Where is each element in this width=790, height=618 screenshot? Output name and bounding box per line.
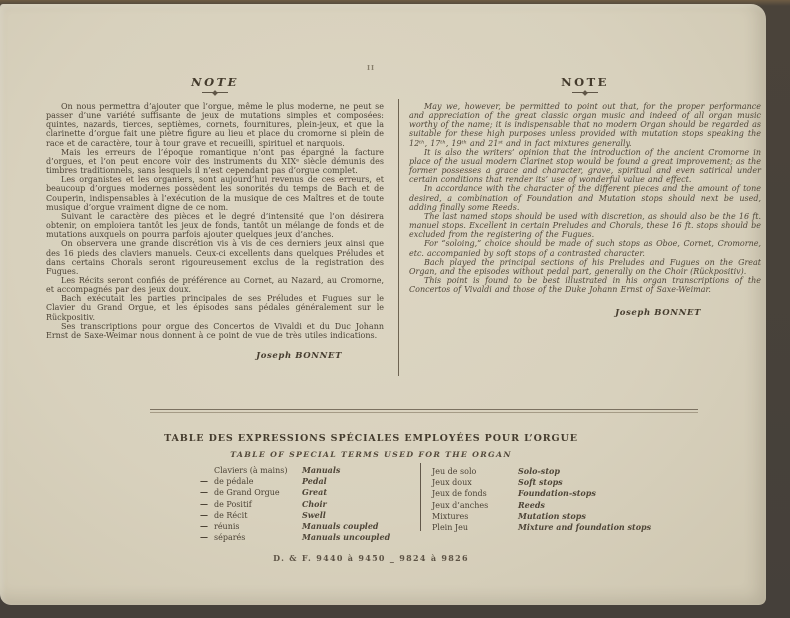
term-english: Pedal	[302, 476, 327, 487]
term-english: Mixture and foundation stops	[518, 522, 651, 533]
terms-table-right: Jeu de soloSolo-stopJeux douxSoft stopsJ…	[432, 466, 672, 533]
column-divider-rule	[398, 99, 399, 376]
note-paragraph-french: Les Récits seront confiés de préférence …	[46, 276, 384, 294]
note-paragraph-english: The last named stops should be used with…	[409, 212, 761, 239]
note-paragraph-french: Bach exécutait les parties principales d…	[46, 294, 384, 321]
dash-mark: —	[200, 487, 214, 498]
note-body-french: On nous permettra d’ajouter que l’orgue,…	[46, 102, 384, 340]
note-paragraph-french: Suivant le caractère des pièces et le de…	[46, 212, 384, 239]
terms-table-title-french: TABLE DES EXPRESSIONS SPÉCIALES EMPLOYÉE…	[0, 433, 742, 444]
note-paragraph-french: Mais les erreurs de l’époque romantique …	[46, 148, 384, 175]
note-heading-french: NOTE	[46, 75, 384, 89]
term-french: de Positif	[214, 499, 302, 510]
terms-table-title-english: TABLE OF SPECIAL TERMS USED FOR THE ORGA…	[0, 450, 742, 459]
terms-table-row: —de RécitSwell	[200, 510, 420, 521]
note-paragraph-english: In accordance with the character of the …	[409, 184, 761, 211]
dash-mark: —	[200, 521, 214, 532]
note-heading-english: NOTE	[409, 75, 761, 89]
term-french: Plein Jeu	[432, 522, 518, 533]
note-body-english: May we, however, be permitted to point o…	[409, 102, 761, 294]
term-english: Great	[302, 487, 327, 498]
note-paragraph-english: It is also the writers’ opinion that the…	[409, 148, 761, 185]
terms-table-row: —de PositifChoir	[200, 499, 420, 510]
heading-ornament	[202, 92, 228, 93]
terms-table-left: Claviers (à mains)Manuals—de pédalePedal…	[200, 465, 420, 543]
terms-table-row: Plein JeuMixture and foundation stops	[432, 522, 672, 533]
term-french: de Grand Orgue	[214, 487, 302, 498]
term-english: Choir	[302, 499, 327, 510]
term-french: Jeux doux	[432, 477, 518, 488]
terms-table-row: Jeu de soloSolo-stop	[432, 466, 672, 477]
note-paragraph-french: On nous permettra d’ajouter que l’orgue,…	[46, 102, 384, 148]
note-column-english: NOTE May we, however, be permitted to po…	[409, 75, 761, 318]
term-french: Mixtures	[432, 511, 518, 522]
dash-mark: —	[200, 499, 214, 510]
section-divider-rule	[150, 409, 698, 413]
note-paragraph-english: May we, however, be permitted to point o…	[409, 102, 761, 148]
term-french: Jeux d’anches	[432, 500, 518, 511]
terms-table-row: —de Grand OrgueGreat	[200, 487, 420, 498]
term-french: Jeu de solo	[432, 466, 518, 477]
note-paragraph-french: Ses transcriptions pour orgue des Concer…	[46, 322, 384, 340]
terms-table-row: —de pédalePedal	[200, 476, 420, 487]
terms-table-row: Claviers (à mains)Manuals	[200, 465, 420, 476]
terms-table-row: Jeux douxSoft stops	[432, 477, 672, 488]
term-french: de pédale	[214, 476, 302, 487]
note-paragraph-french: Les organistes et les organiers, sont au…	[46, 175, 384, 212]
dash-mark	[200, 465, 214, 476]
term-french: Jeux de fonds	[432, 488, 518, 499]
terms-table-divider-rule	[420, 463, 421, 531]
term-french: de Récit	[214, 510, 302, 521]
signature-english: Joseph BONNET	[409, 308, 761, 318]
term-french: séparés	[214, 532, 302, 543]
page-number: II	[0, 64, 742, 72]
dash-mark: —	[200, 510, 214, 521]
terms-table-row: —séparésManuals uncoupled	[200, 532, 420, 543]
term-french: Claviers (à mains)	[214, 465, 302, 476]
plate-number: D. & F. 9440 à 9450 _ 9824 à 9826	[0, 553, 742, 563]
term-english: Reeds	[518, 500, 545, 511]
terms-table-row: Jeux d’anchesReeds	[432, 500, 672, 511]
scanned-page: II NOTE On nous permettra d’ajouter que …	[0, 4, 766, 605]
signature-french: Joseph BONNET	[46, 351, 384, 361]
heading-ornament	[572, 92, 598, 93]
dash-mark: —	[200, 476, 214, 487]
note-paragraph-english: This point is found to be best illustrat…	[409, 276, 761, 294]
term-english: Manuals uncoupled	[302, 532, 390, 543]
term-english: Mutation stops	[518, 511, 586, 522]
note-paragraph-english: For “soloing,” choice should be made of …	[409, 239, 761, 257]
term-english: Manuals coupled	[302, 521, 379, 532]
note-paragraph-french: On observera une grande discrétion vis à…	[46, 239, 384, 276]
dash-mark: —	[200, 532, 214, 543]
terms-table-row: Jeux de fondsFoundation-stops	[432, 488, 672, 499]
term-english: Swell	[302, 510, 326, 521]
term-english: Foundation-stops	[518, 488, 596, 499]
term-english: Soft stops	[518, 477, 563, 488]
term-french: réunis	[214, 521, 302, 532]
terms-table-row: MixturesMutation stops	[432, 511, 672, 522]
note-column-french: NOTE On nous permettra d’ajouter que l’o…	[46, 75, 384, 361]
terms-table-row: —réunisManuals coupled	[200, 521, 420, 532]
term-english: Manuals	[302, 465, 340, 476]
note-paragraph-english: Bach played the principal sections of hi…	[409, 258, 761, 276]
term-english: Solo-stop	[518, 466, 560, 477]
